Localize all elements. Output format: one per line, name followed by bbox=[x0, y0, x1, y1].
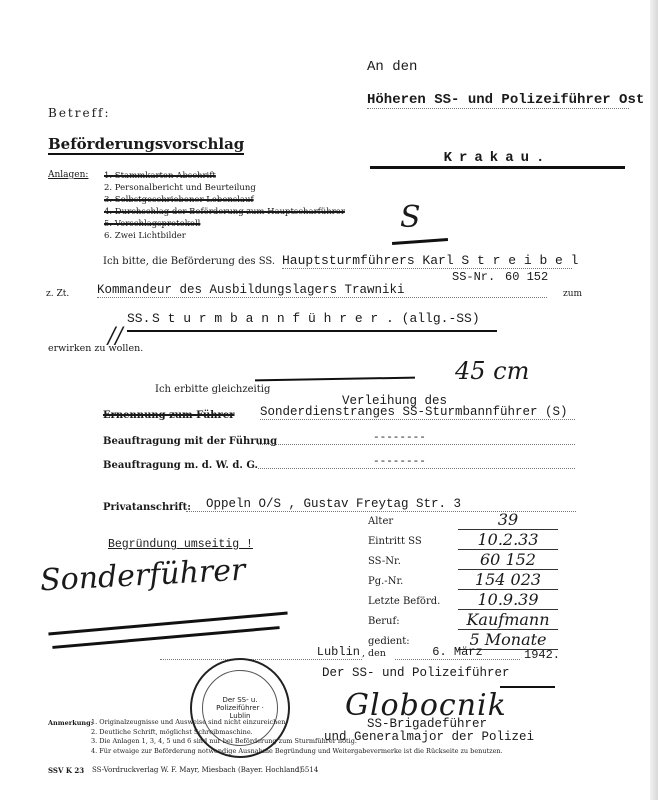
personal-label: Eintritt SS bbox=[368, 536, 422, 547]
request-position: Kommandeur des Ausbildungslagers Trawnik… bbox=[97, 283, 547, 298]
personal-row: Letzte Beförd.10.9.39 bbox=[368, 592, 588, 612]
note-item: 1. Originalzeugnisse und Ausweise sind n… bbox=[91, 718, 503, 728]
note-item: 4. Für etwaige zur Beförderung notwendig… bbox=[91, 747, 503, 757]
initial-underline bbox=[392, 238, 448, 245]
date-den: , den bbox=[362, 648, 386, 659]
personal-label: SS-Nr. bbox=[368, 556, 401, 567]
recipient-city: Krakau. bbox=[370, 150, 625, 169]
subject-label: Betreff: bbox=[48, 106, 111, 120]
scan-edge bbox=[650, 0, 658, 800]
additional-label-ernennung: Ernennung zum Führer bbox=[103, 410, 234, 421]
target-prefix: SS. bbox=[127, 311, 150, 326]
personal-value: Kaufmann bbox=[458, 610, 558, 630]
notes-list: 1. Originalzeugnisse und Ausweise sind n… bbox=[91, 718, 503, 756]
handwritten-line bbox=[255, 377, 415, 382]
signature-office: Der SS- und Polizeiführer bbox=[322, 666, 510, 680]
attachment-item: 1. Stammkarten-Abschrift bbox=[104, 170, 345, 182]
personal-row: Beruf:Kaufmann bbox=[368, 612, 588, 632]
handwritten-initial: S bbox=[400, 200, 421, 235]
ss-number-label: SS-Nr. bbox=[452, 270, 495, 284]
request-rank-name: Hauptsturmführers Karl S t r e i b e l bbox=[282, 253, 572, 269]
publisher: SS-Vordruckverlag W. F. Mayr, Miesbach (… bbox=[92, 766, 302, 774]
handwritten-stroke-1 bbox=[48, 612, 287, 636]
subject-title: Beförderungsvorschlag bbox=[48, 135, 244, 155]
request-closing: erwirken zu wollen. bbox=[48, 343, 143, 354]
attachment-item: 4. Durchschlag der Beförderung zum Haupt… bbox=[104, 206, 345, 218]
personal-row: Alter39 bbox=[368, 512, 588, 532]
ss-number: 60 152 bbox=[505, 270, 548, 284]
personal-label: Beruf: bbox=[368, 616, 400, 627]
target-rank: S t u r m b a n n f ü h r e r . (allg.-S… bbox=[152, 311, 480, 326]
attachment-item: 6. Zwei Lichtbilder bbox=[104, 230, 345, 242]
recipient-office: Höheren SS- und Polizeiführer Ost bbox=[367, 92, 629, 109]
request-intro: Ich bitte, die Beförderung des SS. bbox=[103, 256, 275, 267]
personal-row: Pg.-Nr.154 023 bbox=[368, 572, 588, 592]
attachment-item: 2. Personalbericht und Beurteilung bbox=[104, 182, 345, 194]
note-item: 3. Die Anlagen 1, 3, 4, 5 und 6 sind nur… bbox=[91, 737, 503, 747]
additional-intro: Ich erbitte gleichzeitig bbox=[155, 384, 270, 395]
personal-row: SS-Nr.60 152 bbox=[368, 552, 588, 572]
attachment-item: 3. Selbstgeschriebener Lebenslauf bbox=[104, 194, 345, 206]
justification-note: Begründung umseitig ! bbox=[108, 538, 253, 551]
handwritten-sonderfuehrer: Sonderführer bbox=[39, 553, 246, 599]
personal-value: 154 023 bbox=[458, 570, 558, 590]
personal-value: 10.2.33 bbox=[458, 530, 558, 550]
personal-label: Pg.-Nr. bbox=[368, 576, 403, 587]
address-label: Privatanschrift: bbox=[103, 502, 191, 513]
personal-value: 60 152 bbox=[458, 550, 558, 570]
attachments-list: 1. Stammkarten-Abschrift2. Personalberic… bbox=[104, 170, 345, 242]
attachments-label: Anlagen: bbox=[48, 170, 88, 180]
personal-label: Letzte Beförd. bbox=[368, 596, 440, 607]
stamp-legend: Der SS- u. Polizeiführer · Lublin bbox=[192, 696, 288, 720]
year: 1942. bbox=[524, 648, 560, 662]
note-item: 2. Deutliche Schrift, möglichst Schreibm… bbox=[91, 728, 503, 738]
zum-label: zum bbox=[563, 289, 582, 299]
recipient-salutation: An den bbox=[367, 59, 417, 75]
signature-flourish bbox=[500, 686, 555, 688]
attachment-item: 5. Vorschlagsprotokoll bbox=[104, 218, 345, 230]
additional-label-fuehrung: Beauftragung mit der Führung bbox=[103, 436, 277, 447]
personal-label: Alter bbox=[368, 516, 393, 527]
additional-value-wdg: -------- bbox=[258, 456, 575, 469]
notes-label: Anmerkung: bbox=[48, 719, 93, 727]
personal-value: 39 bbox=[458, 510, 558, 530]
additional-value-fuehrung: -------- bbox=[258, 432, 575, 445]
form-id: SSV K 23 bbox=[48, 766, 84, 775]
handwritten-45cm: 45 cm bbox=[455, 357, 529, 385]
place: Lublin bbox=[160, 645, 362, 660]
additional-label-wdg: Beauftragung m. d. W. d. G. bbox=[103, 460, 258, 471]
form-number: 15514 bbox=[296, 766, 318, 774]
position-prefix: z. Zt. bbox=[46, 289, 69, 299]
personal-value: 10.9.39 bbox=[458, 590, 558, 610]
target-underline bbox=[127, 330, 497, 332]
additional-value-sonderdienstrang: Sonderdienstranges SS-Sturmbannführer (S… bbox=[260, 405, 575, 420]
date: 6. März bbox=[395, 645, 520, 660]
personal-row: Eintritt SS10.2.33 bbox=[368, 532, 588, 552]
